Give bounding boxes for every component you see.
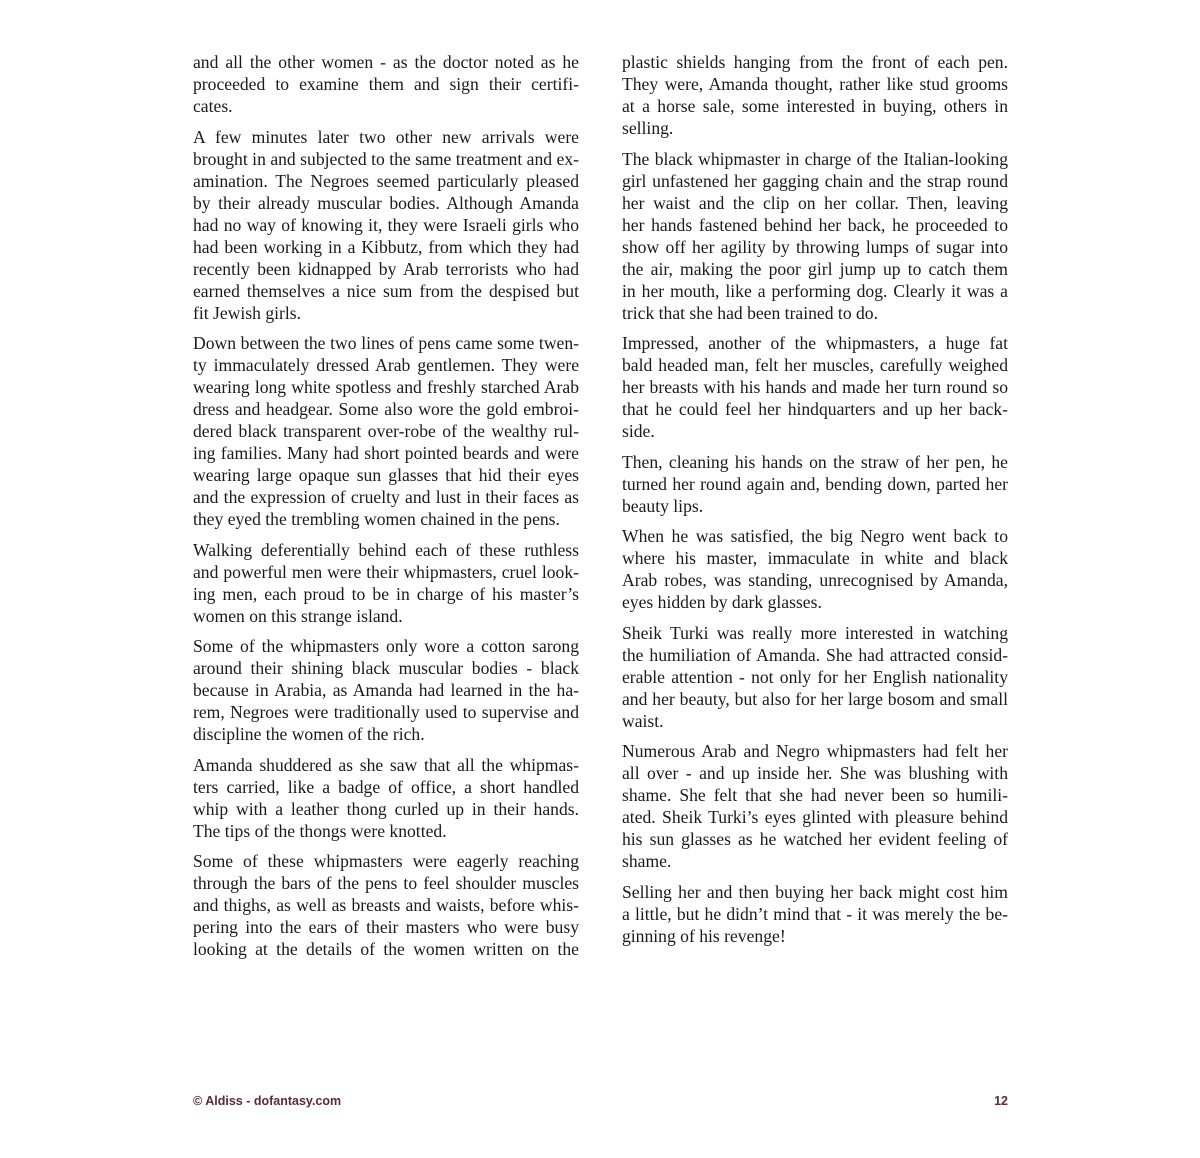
text-line: had been working in a Kibbutz, from whic… <box>193 236 579 258</box>
paragraph: and all the other women - as the doctor … <box>193 51 579 117</box>
text-line: selling. <box>622 117 1008 139</box>
text-line: Selling her and then buying her back mig… <box>622 881 1008 903</box>
paragraph: Amanda shuddered as she saw that all the… <box>193 754 579 842</box>
text-line: erable attention - not only for her Engl… <box>622 666 1008 688</box>
text-line: wearing large opaque sun glasses that hi… <box>193 464 579 486</box>
text-line: proceeded to examine them and sign their… <box>193 73 579 95</box>
text-line: her breasts with his hands and made her … <box>622 376 1008 398</box>
text-line: eyes hidden by dark glasses. <box>622 591 1008 613</box>
text-line: The tips of the thongs were knotted. <box>193 820 579 842</box>
text-line: discipline the women of the rich. <box>193 723 579 745</box>
text-line: looking at the details of the women writ… <box>193 938 579 960</box>
text-line: Numerous Arab and Negro whipmasters had … <box>622 740 1008 762</box>
paragraph: Numerous Arab and Negro whipmasters had … <box>622 740 1008 872</box>
page-number: 12 <box>960 1094 1008 1112</box>
paragraph: Selling her and then buying her back mig… <box>622 881 1008 947</box>
text-line: When he was satisfied, the big Negro wen… <box>622 525 1008 547</box>
text-line: around their shining black muscular bodi… <box>193 657 579 679</box>
text-line: whip with a leather thong curled up in t… <box>193 798 579 820</box>
text-line: amination. The Negroes seemed particular… <box>193 170 579 192</box>
text-line: Sheik Turki was really more interested i… <box>622 622 1008 644</box>
text-line: cates. <box>193 95 579 117</box>
text-line: because in Arabia, as Amanda had learned… <box>193 679 579 701</box>
text-line: Then, cleaning his hands on the straw of… <box>622 451 1008 473</box>
text-line: rem, Negroes were traditionally used to … <box>193 701 579 723</box>
text-line: the humiliation of Amanda. She had attra… <box>622 644 1008 666</box>
text-line: Impressed, another of the whipmasters, a… <box>622 332 1008 354</box>
text-line: plastic shields hanging from the front o… <box>622 51 1008 73</box>
text-line: women on this strange island. <box>193 605 579 627</box>
text-line: A few minutes later two other new arriva… <box>193 126 579 148</box>
text-line: The black whipmaster in charge of the It… <box>622 148 1008 170</box>
text-line: her waist and the clip on her collar. Th… <box>622 192 1008 214</box>
text-line: by their already muscular bodies. Althou… <box>193 192 579 214</box>
paragraph: plastic shields hanging from the front o… <box>622 51 1008 139</box>
text-line: earned themselves a nice sum from the de… <box>193 280 579 302</box>
text-line: ters carried, like a badge of office, a … <box>193 776 579 798</box>
paragraph: Impressed, another of the whipmasters, a… <box>622 332 1008 442</box>
text-line: and her beauty, but also for her large b… <box>622 688 1008 710</box>
text-line: all over - and up inside her. She was bl… <box>622 762 1008 784</box>
text-line: dered black transparent over-robe of the… <box>193 420 579 442</box>
text-line: Some of these whipmasters were eagerly r… <box>193 850 579 872</box>
text-line: ginning of his revenge! <box>622 925 1008 947</box>
text-line: Amanda shuddered as she saw that all the… <box>193 754 579 776</box>
text-line: that he could feel her hindquarters and … <box>622 398 1008 420</box>
text-line: Some of the whipmasters only wore a cott… <box>193 635 579 657</box>
text-line: and all the other women - as the doctor … <box>193 51 579 73</box>
paragraph: When he was satisfied, the big Negro wen… <box>622 525 1008 613</box>
text-line: pering into the ears of their masters wh… <box>193 916 579 938</box>
text-line: where his master, immaculate in white an… <box>622 547 1008 569</box>
paragraph: Walking deferentially behind each of the… <box>193 539 579 627</box>
paragraph: A few minutes later two other new arriva… <box>193 126 579 324</box>
text-line: and the expression of cruelty and lust i… <box>193 486 579 508</box>
paragraph: The black whipmaster in charge of the It… <box>622 148 1008 324</box>
text-line: brought in and subjected to the same tre… <box>193 148 579 170</box>
document-page: and all the other women - as the doctor … <box>0 0 1200 1158</box>
text-line: wearing long white spotless and freshly … <box>193 376 579 398</box>
text-line: through the bars of the pens to feel sho… <box>193 872 579 894</box>
copyright-footer: © Aldiss - dofantasy.com <box>193 1094 341 1112</box>
text-line: ty immaculately dressed Arab gentlemen. … <box>193 354 579 376</box>
text-line: girl unfastened her gagging chain and th… <box>622 170 1008 192</box>
text-line: at a horse sale, some interested in buyi… <box>622 95 1008 117</box>
text-line: dress and headgear. Some also wore the g… <box>193 398 579 420</box>
paragraph: Sheik Turki was really more interested i… <box>622 622 1008 732</box>
text-line: ing families. Many had short pointed bea… <box>193 442 579 464</box>
text-line: in her mouth, like a performing dog. Cle… <box>622 280 1008 302</box>
left-text-column: and all the other women - as the doctor … <box>193 51 579 969</box>
text-line: and thighs, as well as breasts and waist… <box>193 894 579 916</box>
text-line: trick that she had been trained to do. <box>622 302 1008 324</box>
text-line: shame. She felt that she had never been … <box>622 784 1008 806</box>
text-line: recently been kidnapped by Arab terroris… <box>193 258 579 280</box>
text-line: beauty lips. <box>622 495 1008 517</box>
text-line: ing men, each proud to be in charge of h… <box>193 583 579 605</box>
paragraph: Some of the whipmasters only wore a cott… <box>193 635 579 745</box>
text-line: her hands fastened behind her back, he p… <box>622 214 1008 236</box>
text-line: and powerful men were their whipmasters,… <box>193 561 579 583</box>
right-text-column: plastic shields hanging from the front o… <box>622 51 1008 955</box>
text-line: side. <box>622 420 1008 442</box>
text-line: Walking deferentially behind each of the… <box>193 539 579 561</box>
text-line: a little, but he didn’t mind that - it w… <box>622 903 1008 925</box>
text-line: they eyed the trembling women chained in… <box>193 508 579 530</box>
text-line: bald headed man, felt her muscles, caref… <box>622 354 1008 376</box>
text-line: show off her agility by throwing lumps o… <box>622 236 1008 258</box>
text-line: They were, Amanda thought, rather like s… <box>622 73 1008 95</box>
text-line: ated. Sheik Turki’s eyes glinted with pl… <box>622 806 1008 828</box>
paragraph: Then, cleaning his hands on the straw of… <box>622 451 1008 517</box>
text-line: fit Jewish girls. <box>193 302 579 324</box>
text-line: his sun glasses as he watched her eviden… <box>622 828 1008 850</box>
text-line: the air, making the poor girl jump up to… <box>622 258 1008 280</box>
text-line: Arab robes, was standing, unrecognised b… <box>622 569 1008 591</box>
paragraph: Some of these whipmasters were eagerly r… <box>193 850 579 960</box>
text-line: waist. <box>622 710 1008 732</box>
text-line: had no way of knowing it, they were Isra… <box>193 214 579 236</box>
text-line: turned her round again and, bending down… <box>622 473 1008 495</box>
text-line: shame. <box>622 850 1008 872</box>
paragraph: Down between the two lines of pens came … <box>193 332 579 530</box>
text-line: Down between the two lines of pens came … <box>193 332 579 354</box>
